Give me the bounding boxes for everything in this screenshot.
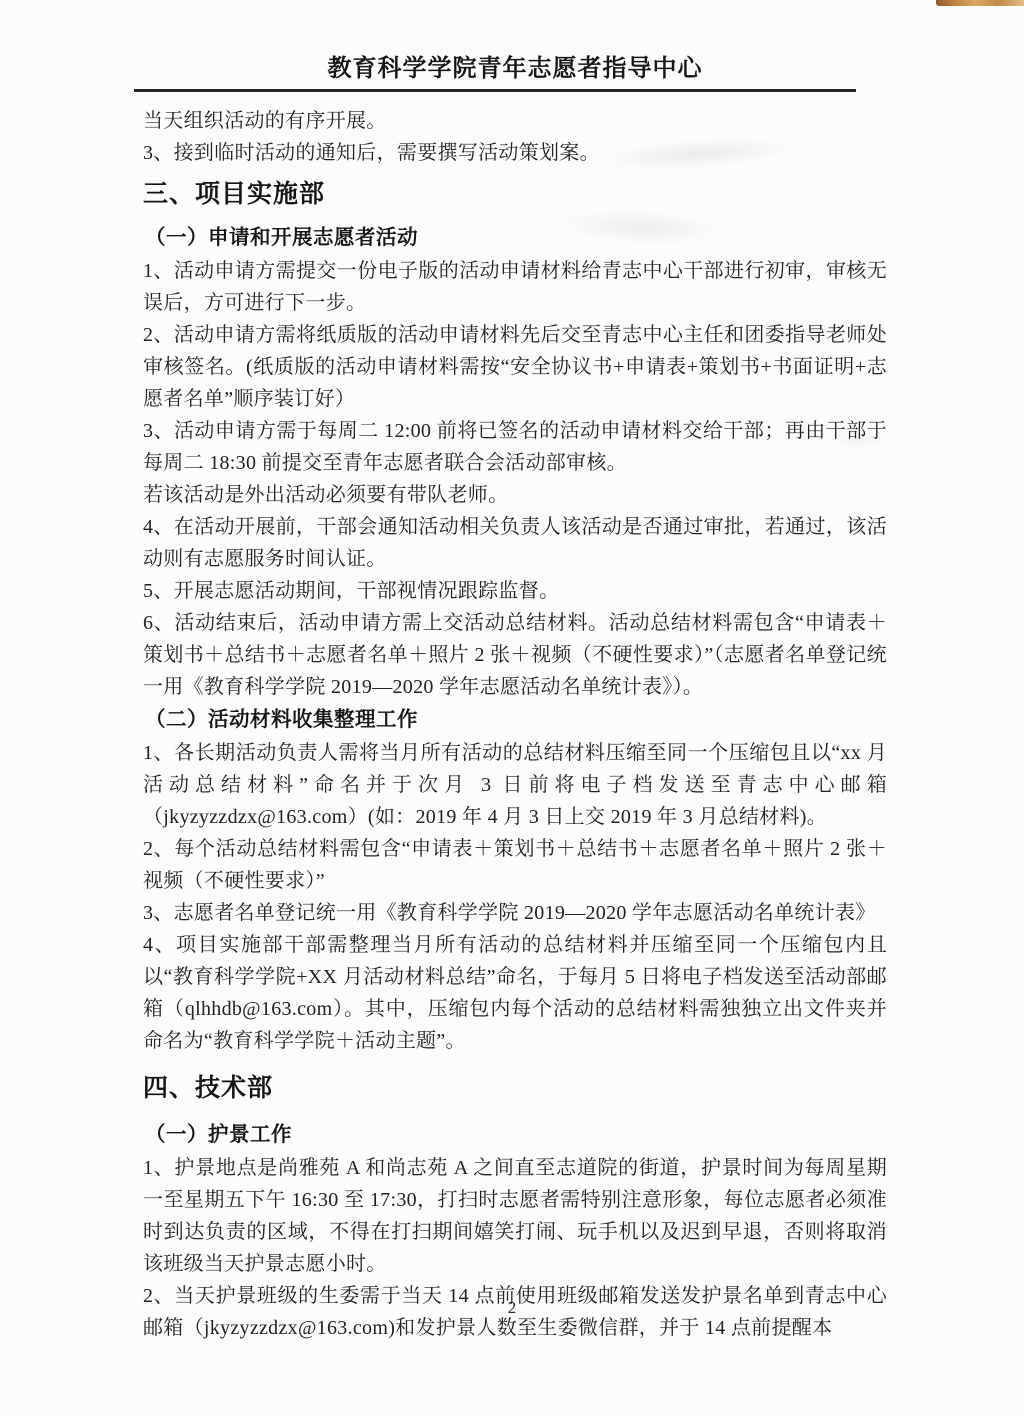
paragraph: 2、活动申请方需将纸质版的活动申请材料先后交至青志中心主任和团委指导老师处审核签…	[143, 319, 887, 415]
paragraph: 2、每个活动总结材料需包含“申请表＋策划书＋总结书＋志愿者名单＋照片 2 张＋视…	[143, 833, 887, 897]
subsection-heading: （二）活动材料收集整理工作	[145, 704, 887, 736]
paragraph: 4、在活动开展前，干部会通知活动相关负责人该活动是否通过审批，若通过，该活动则有…	[143, 511, 887, 575]
document-body: 教育科学学院青年志愿者指导中心 当天组织活动的有序开展。 3、接到临时活动的通知…	[143, 52, 887, 1344]
section-heading: 四、技术部	[143, 1073, 887, 1105]
subsection-heading: （一）护景工作	[145, 1119, 887, 1151]
paragraph: 当天组织活动的有序开展。	[143, 105, 887, 137]
paragraph: 3、活动申请方需于每周二 12:00 前将已签名的活动申请材料交给干部；再由干部…	[143, 415, 887, 479]
paragraph: 若该活动是外出活动必须要有带队老师。	[143, 479, 887, 511]
paragraph: 6、活动结束后，活动申请方需上交活动总结材料。活动总结材料需包含“申请表＋策划书…	[143, 607, 887, 703]
paragraph: 3、志愿者名单登记统一用《教育科学学院 2019—2020 学年志愿活动名单统计…	[143, 897, 887, 929]
paragraph: 1、各长期活动负责人需将当月所有活动的总结材料压缩至同一个压缩包且以“xx 月活…	[143, 737, 887, 833]
paragraph: 5、开展志愿活动期间，干部视情况跟踪监督。	[143, 575, 887, 607]
document-header-title: 教育科学学院青年志愿者指导中心	[143, 52, 887, 86]
paragraph: 1、护景地点是尚雅苑 A 和尚志苑 A 之间直至志道院的街道，护景时间为每周星期…	[143, 1152, 887, 1280]
document-page: 教育科学学院青年志愿者指导中心 当天组织活动的有序开展。 3、接到临时活动的通知…	[0, 0, 1024, 1416]
section-heading: 三、项目实施部	[143, 179, 887, 211]
paragraph: 3、接到临时活动的通知后，需要撰写活动策划案。	[143, 137, 887, 169]
subsection-heading: （一）申请和开展志愿者活动	[145, 222, 887, 254]
page-number: 2	[0, 1298, 1024, 1318]
paragraph: 1、活动申请方需提交一份电子版的活动申请材料给青志中心干部进行初审，审核无误后，…	[143, 255, 887, 319]
header-divider-rule	[134, 89, 856, 92]
scan-edge-artifact	[936, 0, 1024, 6]
paragraph: 4、项目实施部干部需整理当月所有活动的总结材料并压缩至同一个压缩包内且以“教育科…	[143, 929, 887, 1057]
